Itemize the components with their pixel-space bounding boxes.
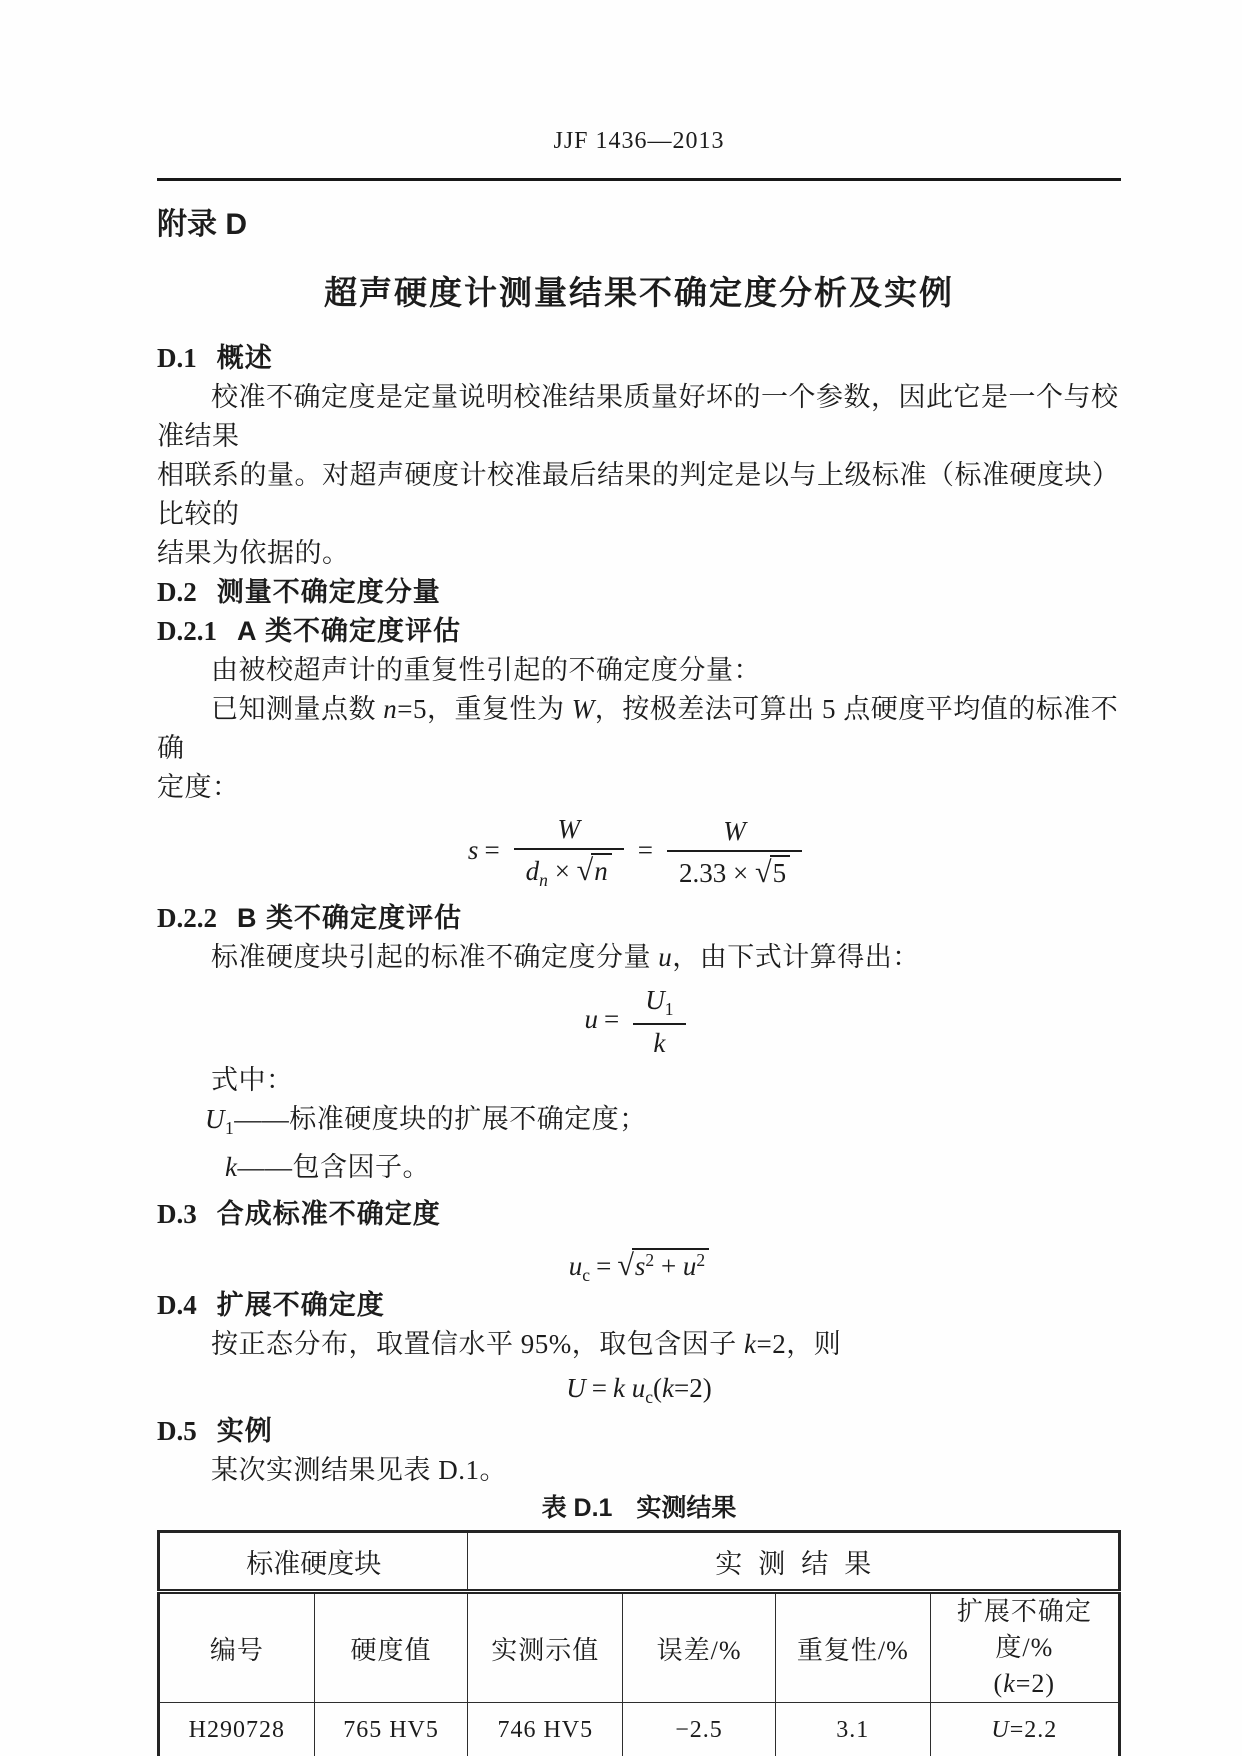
paren-open: ( — [994, 1669, 1004, 1698]
paragraph-line: 某次实测结果见表 D.1。 — [157, 1451, 1121, 1490]
clause-d3: D.3合成标准不确定度 — [157, 1195, 1121, 1234]
cell-serial-number: H290728 — [159, 1703, 315, 1756]
table-group-header-row: 标准硬度块 实测结果 — [159, 1532, 1120, 1592]
subscript-n: n — [539, 870, 548, 890]
clause-d5: D.5实例 — [157, 1412, 1121, 1451]
clause-d5-number: D.5 — [157, 1416, 197, 1446]
math-var-u: u — [569, 1251, 583, 1281]
expanded-uncertainty-line1: 扩展不确定度/% — [957, 1597, 1092, 1662]
col-header-expanded-uncertainty: 扩展不确定度/% (k=2) — [930, 1592, 1119, 1703]
clause-d4: D.4扩展不确定度 — [157, 1286, 1121, 1325]
clause-d22: D.2.2B 类不确定度评估 — [157, 899, 1121, 938]
subscript-1: 1 — [225, 1118, 234, 1138]
equals-sign: = — [592, 1373, 607, 1403]
math-var-n: n — [383, 694, 397, 724]
clause-d3-number: D.3 — [157, 1199, 197, 1229]
formula-combined-uncertainty: uc=√s2 + u2 — [157, 1238, 1121, 1282]
fraction: W2.33 × √5 — [667, 815, 802, 891]
clause-d4-title: 扩展不确定度 — [217, 1290, 385, 1320]
paragraph-line: 校准不确定度是定量说明校准结果质量好坏的一个参数，因此它是一个与校准结果 — [157, 378, 1121, 456]
cell-error: −2.5 — [623, 1703, 776, 1756]
doc-number: JJF 1436—2013 — [157, 126, 1121, 156]
formula-expanded-uncertainty: U=k uc(k=2) — [157, 1368, 1121, 1408]
paragraph-line: 由被校超声计的重复性引起的不确定度分量： — [157, 651, 1121, 690]
subscript-c: c — [582, 1265, 590, 1285]
fraction: U1k — [633, 984, 685, 1060]
clause-d4-number: D.4 — [157, 1290, 197, 1320]
formula-type-b-uncertainty: u=U1k — [157, 981, 1121, 1057]
math-var-u: u — [658, 942, 672, 972]
table-caption-label: 表 D.1 — [542, 1494, 613, 1522]
clause-d3-title: 合成标准不确定度 — [217, 1199, 441, 1229]
group-header-standard-block: 标准硬度块 — [159, 1532, 468, 1592]
results-table: 标准硬度块 实测结果 编号 硬度值 实测示值 误差/% 重复性/% 扩展不确定度… — [157, 1530, 1121, 1756]
formula-type-a-uncertainty: s=Wdn × √n=W2.33 × √5 — [157, 811, 1121, 889]
math-var-k: k — [662, 1373, 674, 1403]
math-var-k: k — [744, 1329, 756, 1359]
cell-repeatability: 3.1 — [775, 1703, 930, 1756]
where-item-u1-text: ——标准硬度块的扩展不确定度； — [234, 1104, 647, 1134]
col-header-hardness-value: 硬度值 — [314, 1592, 468, 1703]
group-header-measured-results: 实测结果 — [468, 1532, 1120, 1592]
table-data-row: H290728 765 HV5 746 HV5 −2.5 3.1 U=2.2 — [159, 1703, 1120, 1756]
superscript-2: 2 — [645, 1250, 654, 1270]
math-var-k: k — [225, 1152, 237, 1182]
plus-sign: + — [654, 1251, 683, 1281]
paren-close: =2) — [1016, 1669, 1055, 1698]
clause-d21: D.2.1A 类不确定度评估 — [157, 612, 1121, 651]
math-var-U: U — [205, 1104, 225, 1134]
equals-sign: = — [638, 835, 653, 865]
text-segment: 按正态分布，取置信水平 95%，取包含因子 — [211, 1329, 744, 1359]
text-segment: ，由下式计算得出： — [672, 942, 920, 972]
cell-hardness-value: 765 HV5 — [314, 1703, 468, 1756]
math-var-s: s — [468, 835, 479, 865]
paragraph-line: 已知测量点数 n=5，重复性为 W，按极差法可算出 5 点硬度平均值的标准不确 — [157, 690, 1121, 768]
clause-d1-title: 概述 — [217, 343, 273, 373]
math-var-U: U — [645, 985, 665, 1015]
math-var-u: u — [683, 1251, 697, 1281]
clause-d1: D.1概述 — [157, 339, 1121, 378]
radicand-n: n — [591, 853, 612, 886]
paragraph-line: 相联系的量。对超声硬度计校准最后结果的判定是以与上级标准（标准硬度块）比较的 — [157, 456, 1121, 534]
math-var-u: u — [585, 1004, 599, 1034]
clause-d2-number: D.2 — [157, 577, 197, 607]
text-segment: 标准硬度块引起的标准不确定度分量 — [211, 942, 658, 972]
paragraph-line: 标准硬度块引起的标准不确定度分量 u，由下式计算得出： — [157, 938, 1121, 977]
math-var-s: s — [635, 1251, 646, 1281]
text-segment: =2，则 — [756, 1329, 841, 1359]
where-item-u1: U1——标准硬度块的扩展不确定度； — [157, 1100, 1121, 1148]
math-var-U: U — [991, 1717, 1009, 1743]
clause-d5-title: 实例 — [217, 1416, 273, 1446]
math-var-W: W — [557, 814, 580, 844]
equals-sign: = — [596, 1251, 611, 1281]
clause-d22-title: B 类不确定度评估 — [237, 903, 462, 933]
radicand-5: 5 — [770, 855, 791, 888]
equals-sign: = — [604, 1004, 619, 1034]
table-column-header-row: 编号 硬度值 实测示值 误差/% 重复性/% 扩展不确定度/% (k=2) — [159, 1592, 1120, 1703]
math-var-d: d — [526, 856, 540, 886]
math-var-k: k — [1003, 1669, 1016, 1698]
superscript-2: 2 — [696, 1250, 705, 1270]
where-item-k-text: ——包含因子。 — [237, 1152, 430, 1182]
col-header-error-percent: 误差/% — [623, 1592, 776, 1703]
where-label: 式中： — [157, 1061, 1121, 1100]
cell-measured-indication: 746 HV5 — [468, 1703, 623, 1756]
math-var-k: k — [613, 1373, 625, 1403]
cell-expanded-uncertainty: U=2.2 — [930, 1703, 1119, 1756]
table-caption: 表 D.1实测结果 — [157, 1492, 1121, 1524]
text-segment: =5，重复性为 — [397, 694, 571, 724]
equals-sign: = — [484, 835, 499, 865]
document-page: JJF 1436—2013 附录 D 超声硬度计测量结果不确定度分析及实例 D.… — [0, 0, 1242, 1756]
clause-d1-number: D.1 — [157, 343, 197, 373]
times-sign: × — [548, 856, 577, 886]
subscript-1: 1 — [665, 999, 674, 1019]
math-var-W: W — [572, 694, 595, 724]
text-segment: 已知测量点数 — [211, 694, 383, 724]
paragraph-line: 结果为依据的。 — [157, 534, 1121, 573]
clause-d2: D.2测量不确定度分量 — [157, 573, 1121, 612]
col-header-measured-indication: 实测示值 — [468, 1592, 623, 1703]
col-header-repeatability-percent: 重复性/% — [775, 1592, 930, 1703]
math-var-U: U — [566, 1373, 586, 1403]
clause-d2-title: 测量不确定度分量 — [217, 577, 441, 607]
fraction: Wdn × √n — [514, 813, 624, 892]
math-var-u: u — [632, 1373, 646, 1403]
table-caption-text: 实测结果 — [636, 1494, 736, 1522]
paragraph-line: 按正态分布，取置信水平 95%，取包含因子 k=2，则 — [157, 1325, 1121, 1364]
paren-close: =2) — [674, 1373, 712, 1403]
clause-d22-number: D.2.2 — [157, 903, 217, 933]
col-header-serial-number: 编号 — [159, 1592, 315, 1703]
subscript-c: c — [645, 1387, 653, 1407]
clause-d21-title: A 类不确定度评估 — [237, 616, 461, 646]
uncertainty-value: =2.2 — [1010, 1717, 1058, 1743]
doc-title: 超声硬度计测量结果不确定度分析及实例 — [157, 273, 1121, 313]
header-rule — [157, 178, 1121, 181]
coefficient: 2.33 × — [679, 858, 755, 888]
paren-open: ( — [653, 1373, 662, 1403]
appendix-label: 附录 D — [157, 207, 1121, 243]
radicand-expression: s2 + u2 — [632, 1248, 709, 1281]
math-var-W: W — [723, 816, 746, 846]
paragraph-line: 定度： — [157, 768, 1121, 807]
where-item-k: k——包含因子。 — [157, 1148, 1121, 1187]
clause-d21-number: D.2.1 — [157, 616, 217, 646]
math-var-k: k — [653, 1028, 665, 1058]
